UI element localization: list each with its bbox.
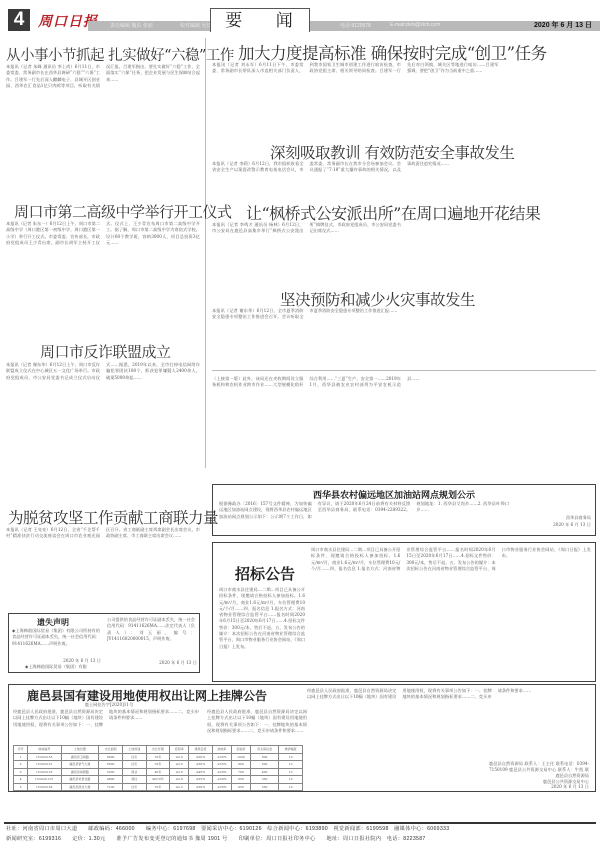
table-cell: 鹿邑县涡北大道 xyxy=(61,783,99,791)
notice-body: 经鹿邑县人民政府批准，鹿邑县自然资源局决定以网上挂牌方式出让以下10幅（地块）国… xyxy=(13,709,199,745)
table-cell: 70年 xyxy=(146,761,170,769)
notice-land-auction: 鹿邑县国有建设用地使用权出让网上挂牌公告 鹿土网挂告字[2020]11号 经鹿邑… xyxy=(8,684,596,792)
table-cell: ≤3.0 xyxy=(170,768,189,776)
table-cell: 住宅 xyxy=(122,753,146,761)
table-cell: ≥35% xyxy=(212,753,231,761)
table-cell: 40/70年 xyxy=(146,776,170,784)
table-cell: 6500 xyxy=(99,761,123,769)
table-cell: ≤45% xyxy=(189,768,213,776)
notice-body: 经鹿邑县人民政府批准，鹿邑县自然资源局决定以网上挂牌方式出让以下10幅（地块）国… xyxy=(207,709,307,745)
table-header-cell: 出让年限 xyxy=(146,746,170,754)
table-cell: 商住 xyxy=(122,776,146,784)
table-cell: 10 xyxy=(279,761,303,769)
notice-tender: 招标公告 周口市商水县住建局…二期…项目已具备公开招标条件，现邀请合格投标人参加… xyxy=(212,542,596,682)
table-cell: 鹿邑县老君台路 xyxy=(61,776,99,784)
notice-body: 周口市商水县住建局…二期…项目已具备公开招标条件，现邀请合格投标人参加投标。1.… xyxy=(311,547,591,677)
table-header-cell: 出让面积 xyxy=(99,746,123,754)
editor-label: 责任编辑 魏东 张丽 xyxy=(110,22,153,29)
notice-date: 2020 年 6 月 13 日 xyxy=(149,660,197,667)
article-body: 本报讯（记者 王亮亮）6月12日，全省“千企帮千村”精准扶贫行动交流座谈会在周口… xyxy=(6,527,200,607)
table-cell: 70年 xyxy=(146,783,170,791)
table-cell: 3 xyxy=(14,768,28,776)
notice-body: 经鹿邑县人民政府批准，鹿邑县自然资源局决定以网上挂牌方式出让以下10幅（地块）国… xyxy=(307,688,587,760)
table-header-row: 序号 地块编号 土地位置 出让面积 土地用途 出让年限 容积率 建筑密度 绿地率… xyxy=(14,746,303,754)
notice-org: ◆上海韩韵国际贸易（集团）有限 xyxy=(25,664,105,671)
issue-date: 2020 年 6 月 13 日 xyxy=(534,21,592,31)
headline-six-stability: 从小事小节抓起 扎实做好“六稳”工作 xyxy=(6,44,234,65)
table-cell: ≥30% xyxy=(212,776,231,784)
table-cell: LY2020-54 xyxy=(28,783,61,791)
table-cell: 住宅 xyxy=(122,761,146,769)
article-body-continued: （上接第一版）此外，该局还在麦收期间设立服务机构和农机作业跨市作业……大型规模化… xyxy=(212,376,596,472)
headline-second-high-school: 周口市第二高级中学举行开工仪式 xyxy=(14,201,232,222)
table-cell: 10 xyxy=(279,768,303,776)
table-cell: 550 xyxy=(250,783,278,791)
table-cell: 鹿邑县卫真路 xyxy=(61,753,99,761)
notice-title: 招标公告 xyxy=(235,563,295,584)
article-body: 本报讯（记者 刘永军）6月11日下午，市委常委、常务副市长带队深入市直相关部门负… xyxy=(212,62,596,132)
table-cell: ≥35% xyxy=(212,761,231,769)
table-cell: 5200 xyxy=(99,768,123,776)
table-header-cell: 容积率 xyxy=(170,746,189,754)
table-cell: ≤2.0 xyxy=(170,753,189,761)
table-header-cell: 土地位置 xyxy=(61,746,99,754)
table-cell: 鹿邑县真源路 xyxy=(61,768,99,776)
footer-rule xyxy=(4,822,596,824)
table-cell: 350 xyxy=(250,776,278,784)
article-body: 本报讯（记者 谢东华）6月12日，全市夏季消防安全隐患专项整治工作推进会召开。会… xyxy=(212,308,596,364)
section-title: 要 闻 xyxy=(210,8,310,32)
notice-title: 西华县农村偏远地区加油站网点规划公示 xyxy=(313,488,475,501)
table-row: 4LY2020-107鹿邑县老君台路4800商住40/70年≤2.8≤35%≥3… xyxy=(14,776,303,784)
table-header-cell: 绿地率 xyxy=(212,746,231,754)
masthead: 4 周口日报 责任编辑 魏东 张丽 校对编辑 吴长平 电话 8120578 E-… xyxy=(0,0,600,32)
notice-date: 2020 年 6 月 13 日 xyxy=(543,522,591,529)
table-cell: 650 xyxy=(231,776,250,784)
notice-title: 遗失声明 xyxy=(37,617,69,628)
notice-date: 2020 年 6 月 13 日 xyxy=(509,784,589,791)
phone-label: 电话 8120578 xyxy=(340,22,371,29)
notice-contact: 鹿邑县自然资源局 联系人：王主任 联系电话：0394-7150109 鹿邑县公共… xyxy=(489,761,589,773)
table-header-cell: 土地用途 xyxy=(122,746,146,754)
table-cell: 1 xyxy=(14,753,28,761)
table-cell: 10 xyxy=(279,776,303,784)
table-row: 5LY2020-54鹿邑县涡北大道7100住宅70年≤2.2≤30%≥35%95… xyxy=(14,783,303,791)
table-cell: 40年 xyxy=(146,768,170,776)
table-cell: 4 xyxy=(14,776,28,784)
notice-gas-station-plan: 西华县农村偏远地区加油站网点规划公示 根据豫政办〔2016〕157号文件精神，为… xyxy=(212,484,596,536)
table-cell: ≤35% xyxy=(189,776,213,784)
notice-body: 周口市商水县住建局…二期…项目已具备公开招标条件，现邀请合格投标人参加投标。1.… xyxy=(219,587,305,677)
headline-anti-fraud: 周口市反诈联盟成立 xyxy=(40,341,171,362)
article-body: 本报讯（记者 李鸣才 通讯员 杨林）6月12日，市公安局在鹿邑县高集乡举行“枫桥… xyxy=(212,222,596,278)
table-cell: 10 xyxy=(279,783,303,791)
table-cell: 70年 xyxy=(146,753,170,761)
table-cell: 10 xyxy=(279,753,303,761)
table-cell: 500 xyxy=(250,761,278,769)
table-row: 1LY2020-53鹿邑县卫真路8000住宅70年≤2.0≤30%≥35%100… xyxy=(14,753,303,761)
notice-body: 根据豫政办〔2016〕157号文件精神，为加快偏远地区加油站网点建设，现将西华县… xyxy=(219,501,509,533)
page-number: 4 xyxy=(8,9,30,31)
land-parcel-table: 序号 地块编号 土地位置 出让面积 土地用途 出让年限 容积率 建筑密度 绿地率… xyxy=(13,745,303,791)
table-cell: LY2020-18 xyxy=(28,768,61,776)
article-body: 本报讯（记者 朱峰 通讯员 李上尚）6月11日，市委常委、常务副市长在西华县调研… xyxy=(6,64,200,190)
table-cell: 700 xyxy=(231,768,250,776)
table-cell: 8000 xyxy=(99,753,123,761)
table-cell: 鹿邑县紫气大道 xyxy=(61,761,99,769)
table-header-cell: 建筑密度 xyxy=(189,746,213,754)
table-cell: ≤2.5 xyxy=(170,761,189,769)
table-cell: 5 xyxy=(14,783,28,791)
article-body: 本报讯（记者 谢东华）6月12日上午，周口市反诈联盟成立仪式在中心城区五一文化广… xyxy=(6,362,200,498)
masthead-bar: 责任编辑 魏东 张丽 校对编辑 吴长平 电话 8120578 E-mail:zk… xyxy=(88,21,600,31)
headline-poverty-alleviation: 为脱贫攻坚工作贡献工商联力量 xyxy=(8,506,218,528)
table-cell: 950 xyxy=(231,783,250,791)
notice-body: 公司提供的食品经营许可证副本丢失，统一社会信用代码：91411626MA……法定… xyxy=(107,617,195,659)
table-cell: ≤30% xyxy=(189,783,213,791)
article-body: 本报讯（记者 朱东一）6月12日上午，周口市第二高级中学（周口港区第一初级中学、… xyxy=(6,221,200,333)
footer-line-1: 社址：河南省周口市周口大道 邮政编码：466000 编务中心：6197698 要… xyxy=(6,825,596,832)
email-label: E-mail:zkrb@zkrb.com xyxy=(390,22,440,28)
table-cell: 600 xyxy=(250,753,278,761)
notice-signature: 西华县商务局 xyxy=(543,515,591,522)
headline-fire-prevention: 坚决预防和减少火灾事故发生 xyxy=(280,288,475,310)
table-cell: 商业 xyxy=(122,768,146,776)
table-header-cell: 地块编号 xyxy=(28,746,61,754)
table-cell: 2 xyxy=(14,761,28,769)
headline-health-city: 加大力度提高标准 确保按时完成“创卫”任务 xyxy=(238,40,547,64)
notice-body: ◆上海韩韵国际贸易（集团）有限公司所持有的食品经营许可证副本丢失，统一社会信用代… xyxy=(12,628,100,658)
table-cell: ≤2.2 xyxy=(170,783,189,791)
table-cell: ≥20% xyxy=(212,768,231,776)
section-divider xyxy=(212,370,596,371)
table-cell: 4800 xyxy=(99,776,123,784)
table-row: 2LY2020-51鹿邑县紫气大道6500住宅70年≤2.5≤30%≥35%90… xyxy=(14,761,303,769)
headline-safety-lessons: 深刻吸取教训 有效防范安全事故发生 xyxy=(270,141,514,163)
table-header-cell: 增价幅度 xyxy=(279,746,303,754)
table-cell: LY2020-51 xyxy=(28,761,61,769)
article-body: 本报讯（记者 李莉）6月12日，我市组织收看全省安全生产以案促改警示教育电视电话… xyxy=(212,161,596,193)
headline-fengqiao-police: 让“枫桥式公安派出所”在周口遍地开花结果 xyxy=(246,201,540,224)
notice-subtitle: 鹿土网挂告字[2020]11号 xyxy=(69,702,149,709)
table-header-cell: 竞买保证金 xyxy=(250,746,278,754)
column-divider xyxy=(205,38,206,468)
table-cell: ≤30% xyxy=(189,753,213,761)
table-cell: ≤2.8 xyxy=(170,776,189,784)
table-cell: LY2020-53 xyxy=(28,753,61,761)
footer-line-2: 新闻研究室：6199316 定价：1.30元 准予广告发布变更登记的通知书 豫周… xyxy=(6,835,596,842)
table-row: 3LY2020-18鹿邑县真源路5200商业40年≤3.0≤45%≥20%700… xyxy=(14,768,303,776)
table-cell: 900 xyxy=(231,761,250,769)
table-header-cell: 起始价 xyxy=(231,746,250,754)
table-cell: ≥35% xyxy=(212,783,231,791)
table-cell: LY2020-107 xyxy=(28,776,61,784)
table-cell: 住宅 xyxy=(122,783,146,791)
table-header-cell: 序号 xyxy=(14,746,28,754)
table-cell: ≤30% xyxy=(189,761,213,769)
table-cell: 7100 xyxy=(99,783,123,791)
table-cell: 1000 xyxy=(231,753,250,761)
table-cell: 400 xyxy=(250,768,278,776)
notice-lost-statement: 遗失声明 ◆上海韩韵国际贸易（集团）有限公司所持有的食品经营许可证副本丢失，统一… xyxy=(8,613,200,673)
